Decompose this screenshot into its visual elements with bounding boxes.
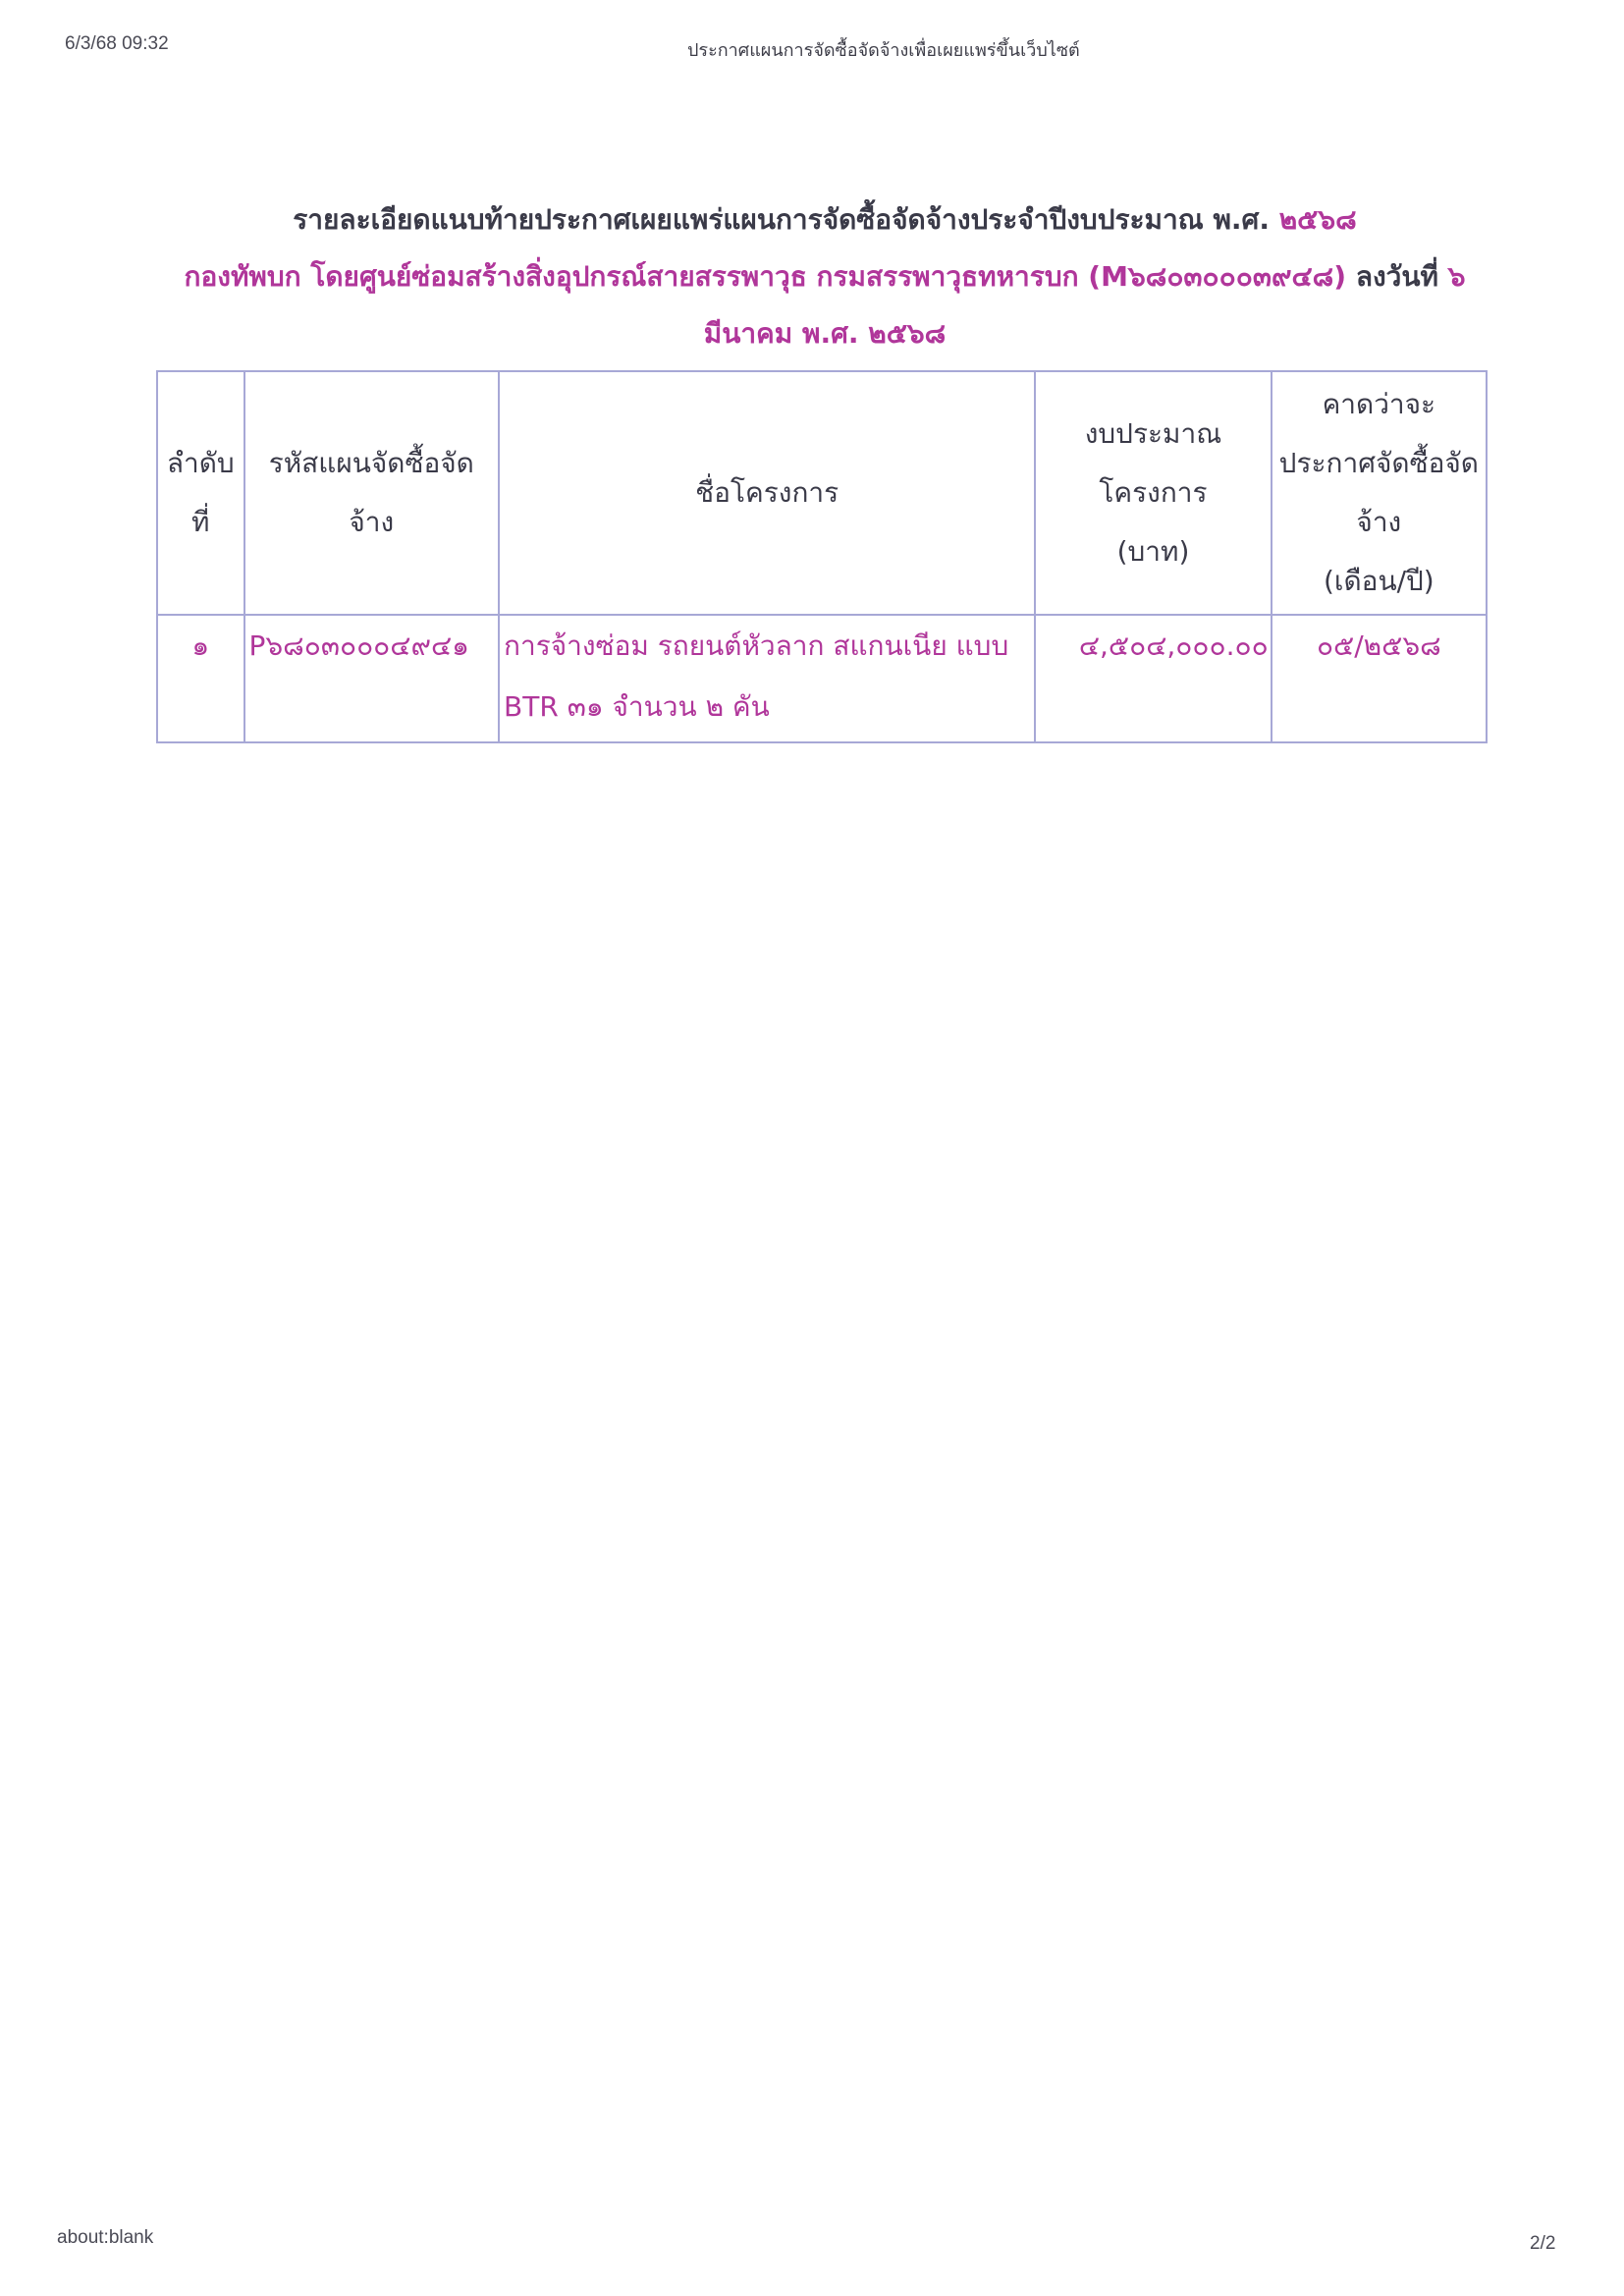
header-expected-date: คาดว่าจะ ประกาศจัดซื้อจัด จ้าง (เดือน/ปี…: [1272, 371, 1487, 615]
print-page-title: ประกาศแผนการจัดซื้อจัดจ้างเพื่อเผยแพร่ขึ…: [687, 35, 1080, 64]
header-code-line: รหัสแผนจัดซื้อจัด: [245, 434, 499, 493]
cell-project-name: การจ้างซ่อม รถยนต์หัวลาก สแกนเนีย แบบ BT…: [499, 615, 1035, 742]
cell-expected-date: ๐๕/๒๕๖๘: [1272, 615, 1487, 742]
header-expected-line: (เดือน/ปี): [1272, 552, 1486, 611]
header-project-name: ชื่อโครงการ: [499, 371, 1035, 615]
header-seq-line: ลำดับ: [158, 434, 244, 493]
header-code-line: จ้าง: [245, 493, 499, 552]
header-name-line: ชื่อโครงการ: [500, 464, 1034, 522]
header-budget-line: (บาท): [1036, 522, 1270, 581]
agency-name: กองทัพบก โดยศูนย์ซ่อมสร้างสิ่งอุปกรณ์สาย…: [185, 260, 1347, 293]
title-line-2: กองทัพบก โดยศูนย์ซ่อมสร้างสิ่งอุปกรณ์สาย…: [147, 248, 1502, 305]
print-page-number: 2/2: [1530, 2233, 1555, 2255]
print-datetime: 6/3/68 09:32: [65, 33, 169, 55]
cell-seq: ๑: [157, 615, 244, 742]
header-expected-line: จ้าง: [1272, 493, 1486, 552]
document-title: รายละเอียดแนบท้ายประกาศเผยแพร่แผนการจัดซ…: [147, 191, 1502, 362]
title-line-3: มีนาคม พ.ศ. ๒๕๖๘: [147, 305, 1502, 362]
header-budget-line: งบประมาณ: [1036, 405, 1270, 464]
header-expected-line: คาดว่าจะ: [1272, 375, 1486, 434]
print-url: about:blank: [57, 2227, 153, 2249]
procurement-plan-table: ลำดับ ที่ รหัสแผนจัดซื้อจัด จ้าง ชื่อโคร…: [156, 370, 1488, 743]
title-line-1: รายละเอียดแนบท้ายประกาศเผยแพร่แผนการจัดซ…: [147, 191, 1502, 248]
cell-budget: ๔,๕๐๔,๐๐๐.๐๐: [1035, 615, 1271, 742]
header-seq-line: ที่: [158, 493, 244, 552]
header-seq: ลำดับ ที่: [157, 371, 244, 615]
fiscal-year: ๒๕๖๘: [1279, 203, 1357, 236]
title-line-1-text: รายละเอียดแนบท้ายประกาศเผยแพร่แผนการจัดซ…: [293, 203, 1270, 236]
table-row: ๑ P๖๘๐๓๐๐๐๔๙๔๑ การจ้างซ่อม รถยนต์หัวลาก …: [157, 615, 1487, 742]
cell-plan-code: P๖๘๐๓๐๐๐๔๙๔๑: [244, 615, 500, 742]
header-budget: งบประมาณ โครงการ (บาท): [1035, 371, 1271, 615]
header-budget-line: โครงการ: [1036, 464, 1270, 522]
dated-label: ลงวันที่: [1356, 260, 1438, 293]
table-header-row: ลำดับ ที่ รหัสแผนจัดซื้อจัด จ้าง ชื่อโคร…: [157, 371, 1487, 615]
header-plan-code: รหัสแผนจัดซื้อจัด จ้าง: [244, 371, 500, 615]
header-expected-line: ประกาศจัดซื้อจัด: [1272, 434, 1486, 493]
dated-day: ๖: [1448, 260, 1466, 293]
